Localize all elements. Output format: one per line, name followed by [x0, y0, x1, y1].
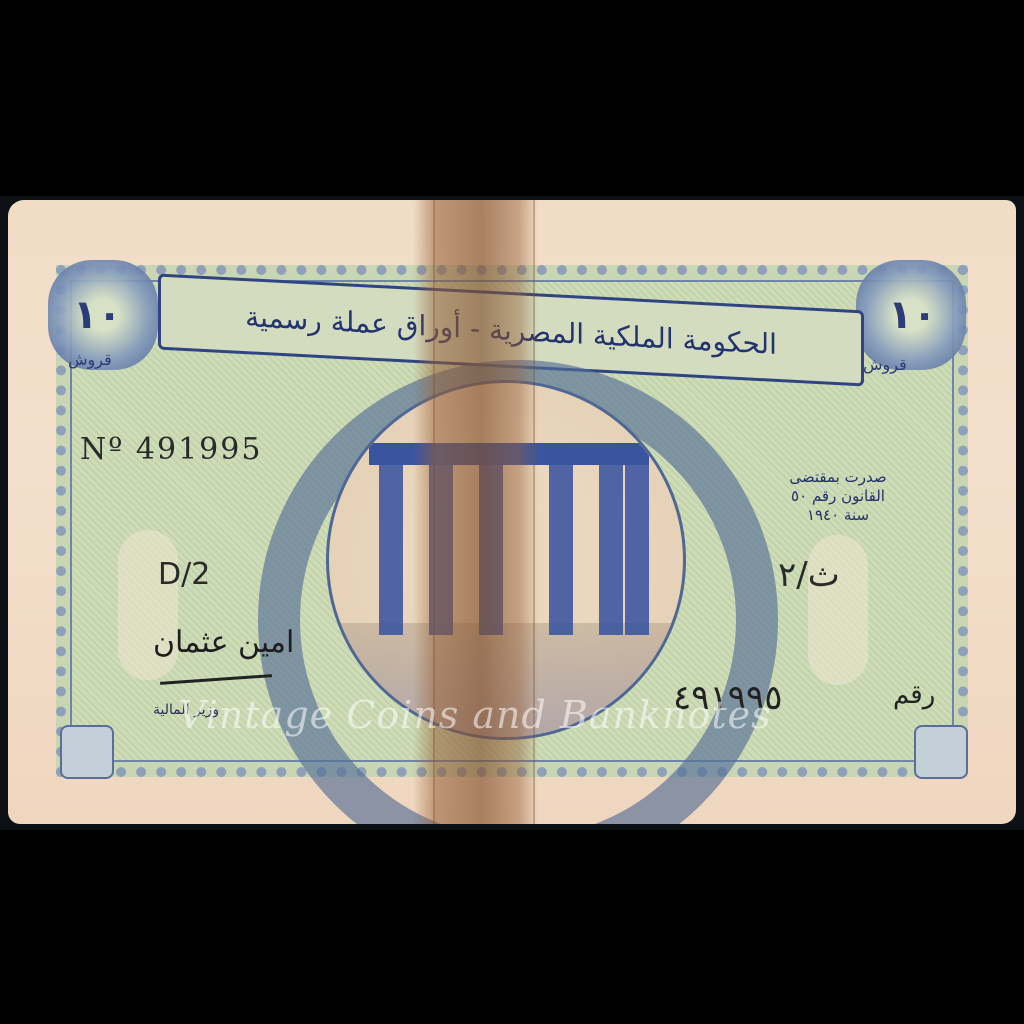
denomination-numeral-right: ١٠ — [888, 292, 937, 338]
serial-label-arabic: رقم — [893, 680, 935, 710]
law-line: سنة ١٩٤٠ — [763, 506, 913, 525]
serial-number-latin: Nº 491995 — [80, 432, 262, 467]
series-code-arabic: ث/٢ — [778, 555, 840, 595]
denomination-unit-left: قروش — [68, 350, 112, 369]
temple-column — [625, 465, 649, 635]
law-reference: صدرت بمقتضى القانون رقم ٥٠ سنة ١٩٤٠ — [763, 468, 913, 525]
denomination-unit-right: قروش — [863, 355, 907, 374]
corner-ornament-bottom-left — [60, 725, 114, 779]
corner-ornament-bottom-right — [914, 725, 968, 779]
signature: امين عثمان — [153, 625, 294, 660]
watermark-text: Vintage Coins and Banknotes — [178, 693, 772, 737]
temple-column — [379, 465, 403, 635]
banknote: ١٠ قروش ١٠ قروش الحكومة الملكية المصرية … — [8, 200, 1016, 824]
series-code-latin: D/2 — [158, 557, 210, 592]
denomination-numeral-left: ١٠ — [73, 292, 122, 338]
law-line: القانون رقم ٥٠ — [763, 487, 913, 506]
temple-column — [599, 465, 623, 635]
temple-column — [549, 465, 573, 635]
law-line: صدرت بمقتضى — [763, 468, 913, 487]
